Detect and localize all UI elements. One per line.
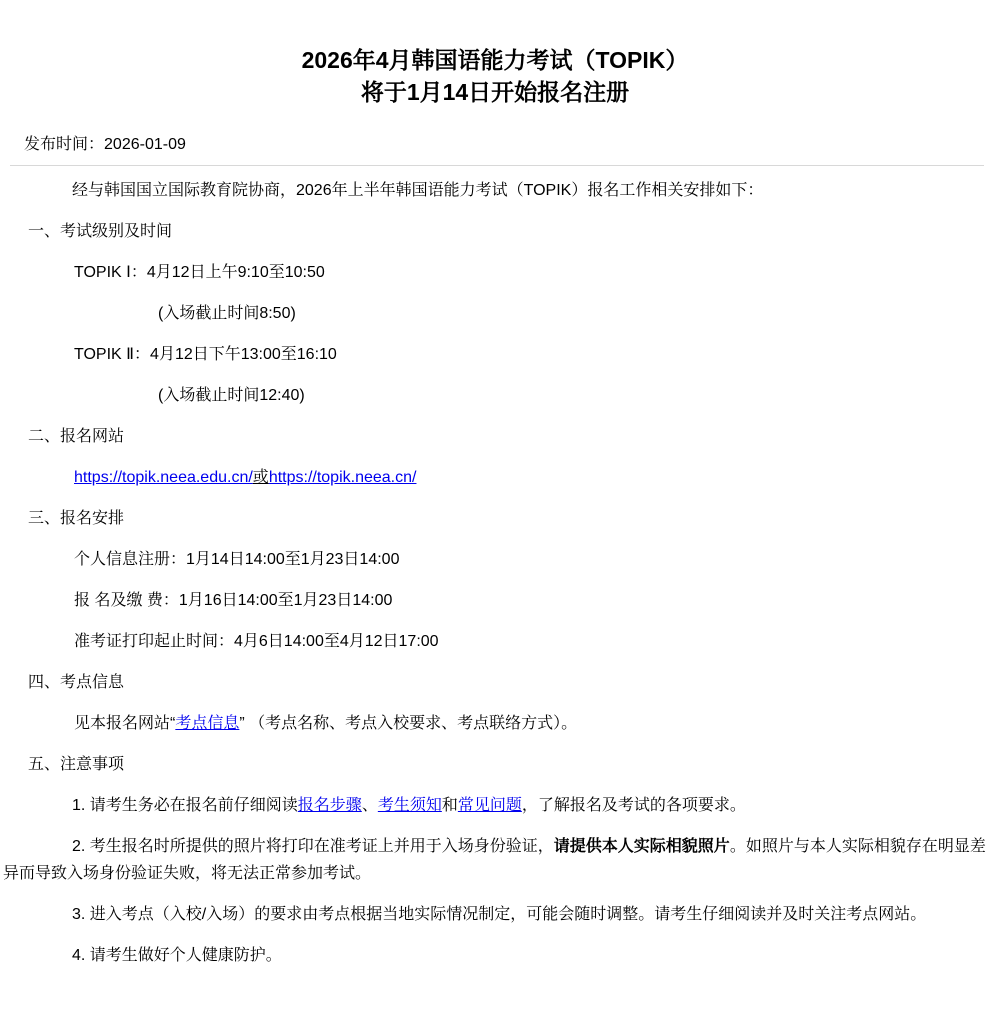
text-segment: 四、考点信息 — [28, 674, 124, 691]
text-segment: 和 — [442, 797, 458, 814]
test-center-info-paragraph: 见本报名网站“考点信息” （考点名称、考点入校要求、考点联络方式）。 — [0, 710, 990, 737]
topik2-entry-deadline: (入场截止时间12:40) — [0, 382, 990, 409]
faq-link[interactable]: 常见问题 — [458, 797, 522, 814]
text-segment: 经与韩国国立国际教育院协商，2026年上半年韩国语能力考试（TOPIK）报名工作… — [72, 182, 763, 199]
test-center-info-link[interactable]: 考点信息 — [175, 715, 239, 732]
text-segment: 准考证打印起止时间：4月6日14:00至4月12日17:00 — [74, 633, 439, 650]
section-1-heading: 一、考试级别及时间 — [0, 218, 990, 245]
text-segment: 五、注意事项 — [28, 756, 124, 773]
publish-date-label: 发布时间： — [24, 136, 104, 153]
text-segment: (入场截止时间8:50) — [158, 305, 296, 322]
note-item-3: 3. 进入考点（入校/入场）的要求由考点根据当地实际情况制定，可能会随时调整。请… — [0, 901, 990, 928]
personal-info-registration-period: 个人信息注册：1月14日14:00至1月23日14:00 — [0, 546, 990, 573]
intro-paragraph: 经与韩国国立国际教育院协商，2026年上半年韩国语能力考试（TOPIK）报名工作… — [0, 177, 990, 204]
registration-site-link-1[interactable]: https://topik.neea.edu.cn/ — [74, 469, 253, 486]
section-5-heading: 五、注意事项 — [0, 751, 990, 778]
publish-date-value: 2026-01-09 — [104, 136, 186, 153]
text-segment: 1. 请考生务必在报名前仔细阅读 — [72, 797, 298, 814]
text-segment: 2. 考生报名时所提供的照片将打印在准考证上并用于入场身份验证， — [72, 838, 554, 855]
text-segment: 见本报名网站“ — [74, 715, 175, 732]
candidate-notice-link[interactable]: 考生须知 — [378, 797, 442, 814]
signup-payment-period: 报 名及缴 费：1月16日14:00至1月23日14:00 — [0, 587, 990, 614]
registration-steps-link[interactable]: 报名步骤 — [298, 797, 362, 814]
text-segment: (入场截止时间12:40) — [158, 387, 305, 404]
topik2-schedule: TOPIK Ⅱ：4月12日下午13:00至16:10 — [0, 341, 990, 368]
notice-title-line-2: 将于1月14日开始报名注册 — [0, 76, 990, 108]
text-segment: 三、报名安排 — [28, 510, 124, 527]
notice-title: 2026年4月韩国语能力考试（TOPIK） 将于1月14日开始报名注册 — [0, 0, 990, 108]
registration-site-link-2[interactable]: https://topik.neea.cn/ — [269, 469, 417, 486]
text-segment: 4. 请考生做好个人健康防护。 — [72, 947, 282, 964]
note-item-2: 2. 考生报名时所提供的照片将打印在准考证上并用于入场身份验证，请提供本人实际相… — [0, 833, 990, 887]
registration-sites: https://topik.neea.edu.cn/或https://topik… — [0, 464, 990, 491]
text-segment: 个人信息注册：1月14日14:00至1月23日14:00 — [74, 551, 399, 568]
plain-underline-text: 或 — [253, 469, 269, 486]
section-4-heading: 四、考点信息 — [0, 669, 990, 696]
text-segment: 报 名及缴 费：1月16日14:00至1月23日14:00 — [74, 592, 392, 609]
divider — [10, 165, 984, 166]
text-segment: 3. 进入考点（入校/入场）的要求由考点根据当地实际情况制定，可能会随时调整。请… — [72, 906, 926, 923]
publish-date-row: 发布时间：2026-01-09 — [24, 131, 990, 158]
section-2-heading: 二、报名网站 — [0, 423, 990, 450]
topik1-entry-deadline: (入场截止时间8:50) — [0, 300, 990, 327]
text-segment: 二、报名网站 — [28, 428, 124, 445]
text-segment: ，了解报名及考试的各项要求。 — [522, 797, 746, 814]
text-segment: ” （考点名称、考点入校要求、考点联络方式）。 — [239, 715, 577, 732]
bold-text: 请提供本人实际相貌照片 — [554, 838, 730, 855]
admission-ticket-print-period: 准考证打印起止时间：4月6日14:00至4月12日17:00 — [0, 628, 990, 655]
text-segment: 一、考试级别及时间 — [28, 223, 172, 240]
section-3-heading: 三、报名安排 — [0, 505, 990, 532]
notice-content: 经与韩国国立国际教育院协商，2026年上半年韩国语能力考试（TOPIK）报名工作… — [0, 177, 990, 969]
notice-title-line-1: 2026年4月韩国语能力考试（TOPIK） — [0, 44, 990, 76]
text-segment: 、 — [362, 797, 378, 814]
topik1-schedule: TOPIK Ⅰ：4月12日上午9:10至10:50 — [0, 259, 990, 286]
text-segment: TOPIK Ⅰ：4月12日上午9:10至10:50 — [74, 264, 325, 281]
text-segment: TOPIK Ⅱ：4月12日下午13:00至16:10 — [74, 346, 337, 363]
note-item-1: 1. 请考生务必在报名前仔细阅读报名步骤、考生须知和常见问题，了解报名及考试的各… — [0, 792, 990, 819]
note-item-4: 4. 请考生做好个人健康防护。 — [0, 942, 990, 969]
